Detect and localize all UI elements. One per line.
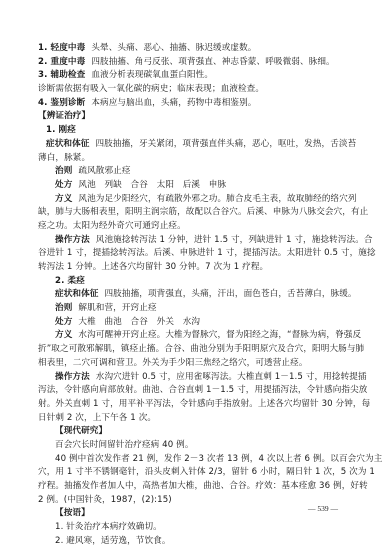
prescription-line: 处方大椎 曲池 合谷 外关 水沟 xyxy=(38,316,348,330)
field-label: 治则 xyxy=(55,303,72,313)
research-line: 40 例中首次发作者 21 例，发作 2－3 次者 13 例，4 次以上者 6 … xyxy=(38,453,348,467)
diagnosis-text: 头晕、头痛、恶心、抽搐、脉迟缓或虚数。 xyxy=(91,43,256,53)
section-heading-notes: 【按语】 xyxy=(38,507,348,521)
field-text: 解肌和营，开窍止痉 xyxy=(78,303,156,313)
field-text: 水沟穴进针 0.5 寸，应用雀啄泻法。大椎直刺 1－1.5 寸，用捻转提插 xyxy=(96,372,367,382)
method-line: 日针刺 2 次，上下午各 1 次。 xyxy=(38,412,348,426)
field-text: 大椎 曲池 合谷 外关 水沟 xyxy=(78,317,200,327)
meaning-line: 缺，肺与大肠相表里，阳明主润宗筋，故配以合谷穴。后溪、申脉为八脉交会穴，有止 xyxy=(38,206,348,220)
method-line: 谷进针 1 寸，提插捻转泻法。后溪、申脉进针 1 寸，提插泻法。太阳进针 0.5… xyxy=(38,247,348,261)
meaning-line: 痉之功。太阳为经外奇穴可通窍止痉。 xyxy=(38,220,348,234)
field-text: 风池 列缺 合谷 太阳 后溪 申脉 xyxy=(78,180,226,190)
meaning-line: 相表里，二穴可调和营卫。外关为手少阳三焦经之络穴，可透营止痉。 xyxy=(38,357,348,371)
research-line: 2 例。(中国针灸，1987，(2):15) xyxy=(38,494,348,508)
diagnosis-basis: 诊断需依据有吸入一氧化碳的病史；临床表现；血液检查。 xyxy=(38,83,348,97)
prescription-line: 处方风池 列缺 合谷 太阳 后溪 申脉 xyxy=(38,179,348,193)
field-label: 操作方法 xyxy=(55,372,90,382)
field-label: 症状和体征 xyxy=(55,289,98,299)
field-label: 处方 xyxy=(55,180,72,190)
field-text: 水沟可醒神开窍止痉。大椎为督脉穴，督为阳经之海，“督脉为病，脊强反 xyxy=(78,330,361,340)
symptoms-line: 薄白，脉紧。 xyxy=(38,152,348,166)
page-number: — 539 — xyxy=(308,504,338,513)
diagnosis-item-severe: 2. 重度中毒四肢抽搐、角弓反张、项背强直、神志昏蒙、呼吸微弱、脉细。 xyxy=(38,56,348,70)
field-text: 疏风散邪止痉 xyxy=(78,166,130,176)
diagnosis-text: 血液分析表现碳氧血蛋白阳性。 xyxy=(91,70,213,80)
symptoms-line: 症状和体征四肢抽搐，牙关紧闭，项背强直伴头痛，恶心，呕吐，发热，舌淡苔 xyxy=(38,138,348,152)
field-text: 风池为足少阳经穴，有疏散外邪之功。肺合皮毛主表，故取肺经的络穴列 xyxy=(78,194,356,204)
diagnosis-label: 2. 重度中毒 xyxy=(38,57,85,67)
field-text: 四肢抽搐，牙关紧闭，项背强直伴头痛，恶心，呕吐，发热，舌淡苔 xyxy=(95,139,356,149)
principle-line: 治则解肌和营，开窍止痉 xyxy=(38,302,348,316)
research-title: 百会穴长时间留针治疗痉病 40 例。 xyxy=(38,439,348,453)
diagnosis-text: 本病应与脑出血，头痛，药物中毒相鉴别。 xyxy=(91,98,256,108)
section-heading-treatment: 【辨证治疗】 xyxy=(38,110,348,124)
field-label: 方义 xyxy=(55,330,72,340)
field-text: 风池施捻转泻法 1 分钟，进针 1.5 寸，列缺进针 1 寸，施捻转泻法。合 xyxy=(96,235,373,245)
meaning-line: 方义风池为足少阳经穴，有疏散外邪之功。肺合皮毛主表，故取肺经的络穴列 xyxy=(38,193,348,207)
method-line: 操作方法风池施捻转泻法 1 分钟，进针 1.5 寸，列缺进针 1 寸，施捻转泻法… xyxy=(38,234,348,248)
note-item: 1. 针灸治疗本病疗效确切。 xyxy=(38,521,348,535)
field-label: 症状和体征 xyxy=(46,139,89,149)
research-line: 穴，用 1 寸半不锈钢毫针，沿头皮刺入针体 2/3，留针 6 小时，隔日针 1 … xyxy=(38,466,348,480)
field-label: 方义 xyxy=(55,194,72,204)
diagnosis-label: 3. 辅助检查 xyxy=(38,70,85,80)
diagnosis-item-auxiliary: 3. 辅助检查血液分析表现碳氧血蛋白阳性。 xyxy=(38,69,348,83)
field-label: 处方 xyxy=(55,317,72,327)
symptoms-line: 症状和体征四肢抽搐，项背强直，头痛，汗出，面色苍白，舌苔薄白，脉缓。 xyxy=(38,288,348,302)
field-label: 操作方法 xyxy=(55,235,90,245)
principle-line: 治则疏风散邪止痉 xyxy=(38,165,348,179)
method-line: 泻法，令针感向肩部放射。曲池、合谷直刺 1－1.5 寸，用提插泻法，令针感向指尖… xyxy=(38,384,348,398)
section-heading-research: 【现代研究】 xyxy=(38,425,348,439)
subsection-title: 1. 刚痉 xyxy=(38,124,348,138)
document-page: 1. 轻度中毒头晕、头痛、恶心、抽搐、脉迟缓或虚数。 2. 重度中毒四肢抽搐、角… xyxy=(38,42,348,546)
note-item: 2. 避风寒，适劳逸，节饮食。 xyxy=(38,535,348,546)
differential-diagnosis: 4. 鉴别诊断本病应与脑出血，头痛，药物中毒相鉴别。 xyxy=(38,97,348,111)
diagnosis-text: 四肢抽搐、角弓反张、项背强直、神志昏蒙、呼吸微弱、脉细。 xyxy=(91,57,334,67)
diagnosis-item-mild: 1. 轻度中毒头晕、头痛、恶心、抽搐、脉迟缓或虚数。 xyxy=(38,42,348,56)
method-line: 射。外关直刺 1 寸，用平补平泻法，令针感向手指放射。上述各穴均留针 30 分钟… xyxy=(38,398,348,412)
field-label: 治则 xyxy=(55,166,72,176)
diagnosis-label: 4. 鉴别诊断 xyxy=(38,98,85,108)
method-line: 转泻法 1 分钟。上述各穴均留针 30 分钟。7 次为 1 疗程。 xyxy=(38,261,348,275)
diagnosis-label: 1. 轻度中毒 xyxy=(38,43,85,53)
research-line: 疗程。抽搐发作者加人中，高热者加大椎，曲池、合谷。疗效：基本痊愈 36 例，好转 xyxy=(38,480,348,494)
method-line: 操作方法水沟穴进针 0.5 寸，应用雀啄泻法。大椎直刺 1－1.5 寸，用捻转提… xyxy=(38,371,348,385)
field-text: 四肢抽搐，项背强直，头痛，汗出，面色苍白，舌苔薄白，脉缓。 xyxy=(104,289,356,299)
meaning-line: 折”取之可散邪解肌，镇痉止搐。合谷、曲池分别为手阳明原穴及合穴，阳明大肠与肺 xyxy=(38,343,348,357)
meaning-line: 方义水沟可醒神开窍止痉。大椎为督脉穴，督为阳经之海，“督脉为病，脊强反 xyxy=(38,329,348,343)
subsection-title: 2. 柔痉 xyxy=(38,275,348,289)
